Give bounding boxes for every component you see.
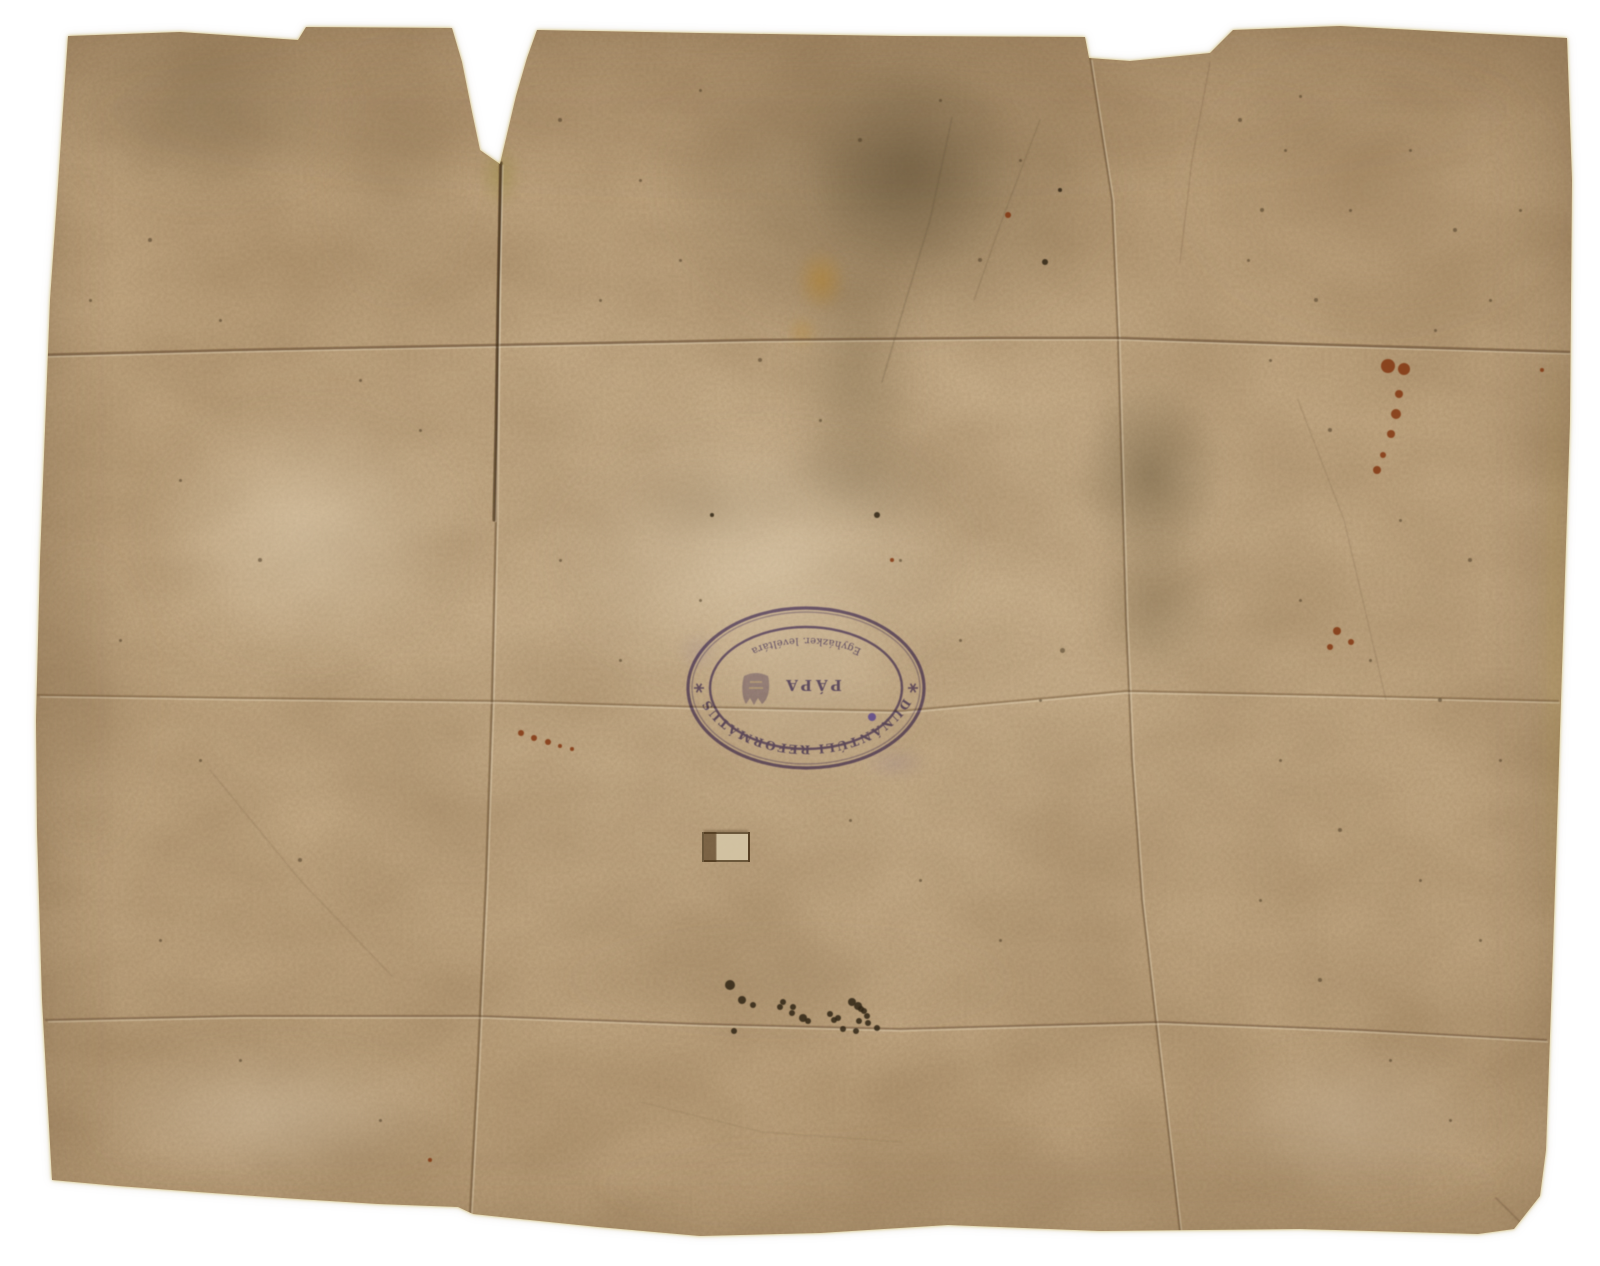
- stamp-inner-text: Egyházker. levéltára: [749, 635, 862, 657]
- stamp-star-right-icon: [694, 684, 704, 693]
- stamp-star-left-icon: [908, 684, 918, 693]
- stamp-outer-text: DUNÁNTÚLI REFORMÁTUS: [698, 696, 913, 756]
- stamp-center-text: PÁPA: [782, 676, 842, 694]
- photo-background: DUNÁNTÚLI REFORMÁTUS Egyházker. levéltár…: [0, 0, 1600, 1266]
- parchment-wrap: DUNÁNTÚLI REFORMÁTUS Egyházker. levéltár…: [0, 0, 1600, 1266]
- archive-stamp: DUNÁNTÚLI REFORMÁTUS Egyházker. levéltár…: [0, 0, 1600, 1266]
- parchment-sheet: DUNÁNTÚLI REFORMÁTUS Egyházker. levéltár…: [0, 0, 1600, 1266]
- stamp-crest-icon: [742, 673, 769, 705]
